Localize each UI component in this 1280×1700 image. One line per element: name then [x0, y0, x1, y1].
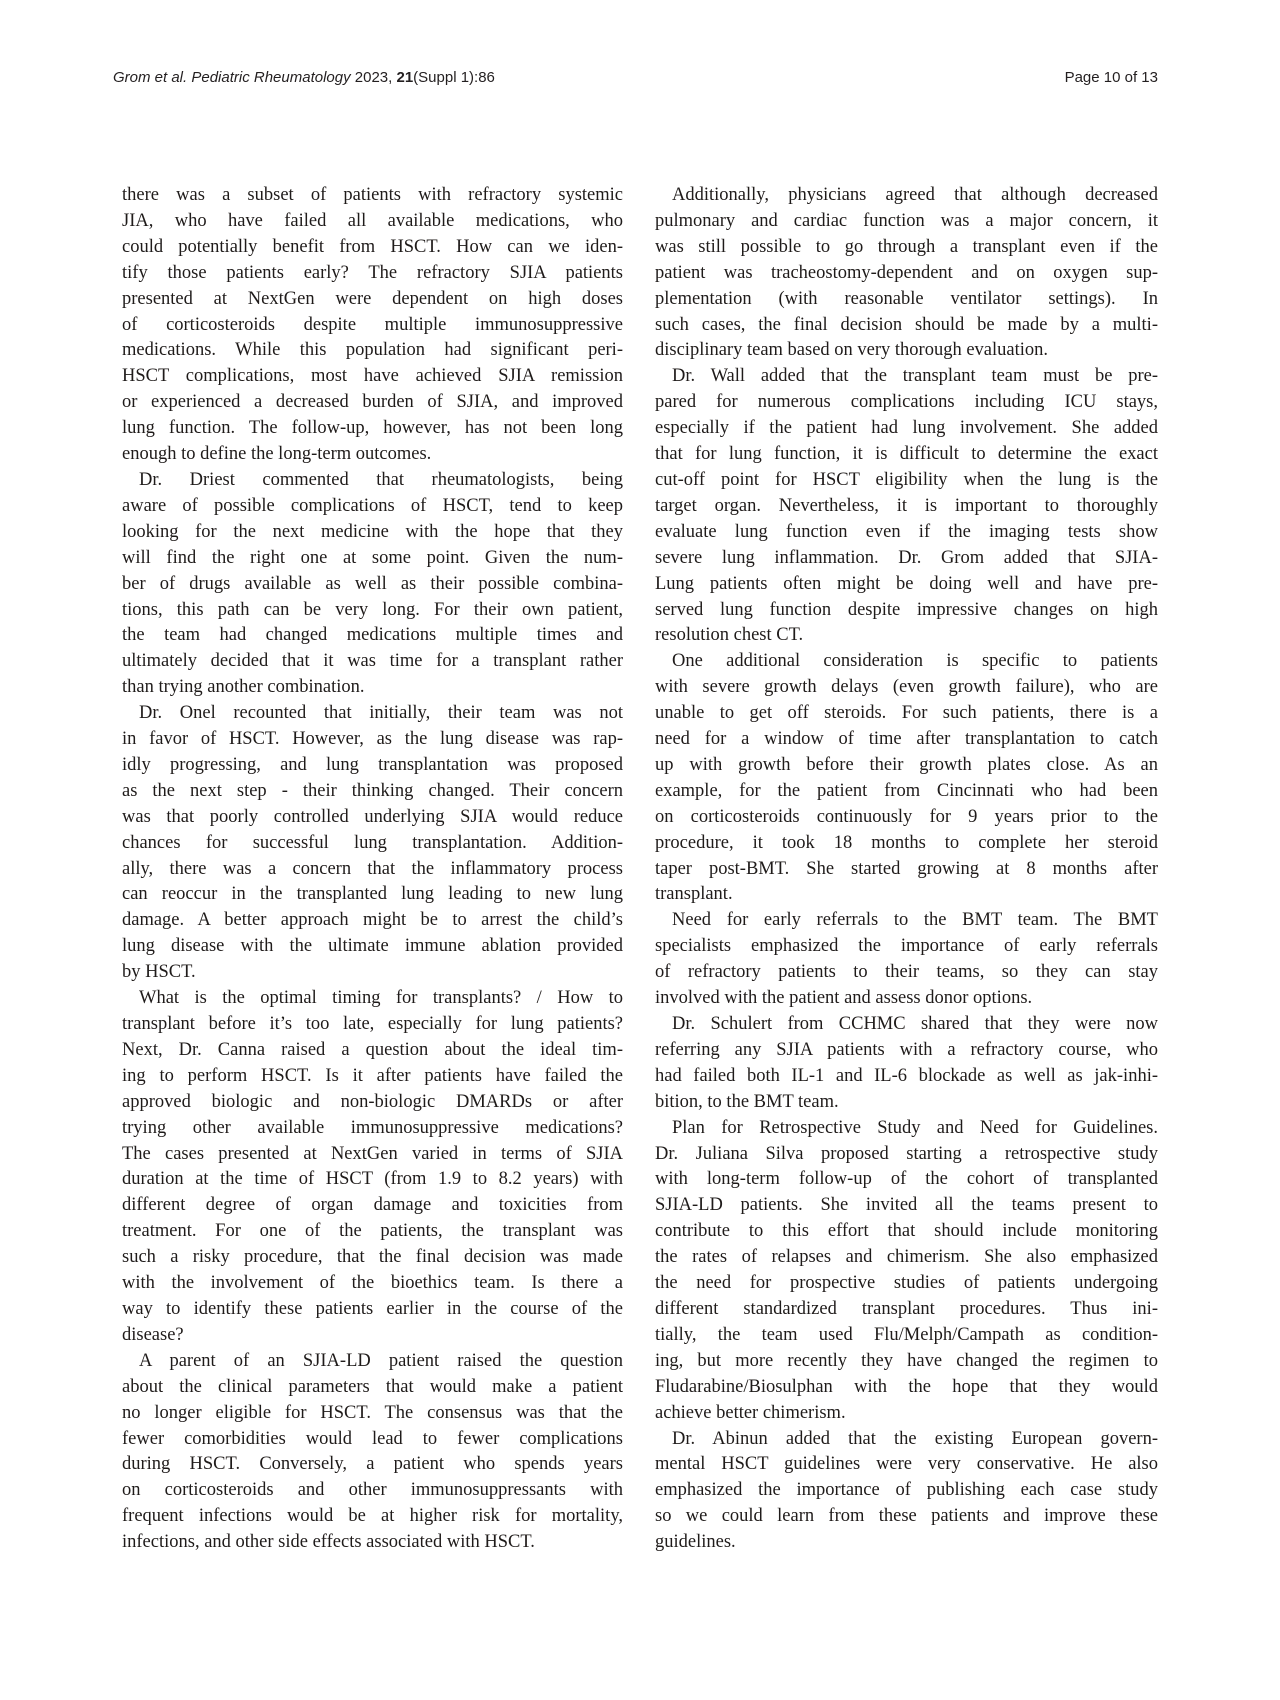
text-line: presented at NextGen were dependent on h… [122, 287, 623, 313]
text-line: lung function. The follow-up, however, h… [122, 416, 623, 442]
text-line: up with growth before their growth plate… [655, 753, 1158, 779]
running-header: Grom et al. Pediatric Rheumatology 2023,… [113, 68, 1158, 88]
text-line: example, for the patient from Cincinnati… [655, 779, 1158, 805]
text-line: involved with the patient and assess don… [655, 986, 1158, 1012]
text-line: such a risky procedure, that the final d… [122, 1245, 623, 1271]
text-line: transplant. [655, 882, 1158, 908]
text-line: enough to define the long-term outcomes. [122, 442, 623, 468]
text-line: bition, to the BMT team. [655, 1090, 1158, 1116]
text-line: that for lung function, it is difficult … [655, 442, 1158, 468]
text-line: unable to get off steroids. For such pat… [655, 701, 1158, 727]
text-line: SJIA-LD patients. She invited all the te… [655, 1193, 1158, 1219]
text-line: chances for successful lung transplantat… [122, 831, 623, 857]
text-line: pared for numerous complications includi… [655, 390, 1158, 416]
text-line: of corticosteroids despite multiple immu… [122, 313, 623, 339]
text-line: The cases presented at NextGen varied in… [122, 1142, 623, 1168]
text-line: target organ. Nevertheless, it is import… [655, 494, 1158, 520]
text-line: was still possible to go through a trans… [655, 235, 1158, 261]
paragraph: What is the optimal timing for transplan… [122, 986, 623, 1349]
text-line: ultimately decided that it was time for … [122, 649, 623, 675]
text-line: approved biologic and non-biologic DMARD… [122, 1090, 623, 1116]
citation-year: 2023, [351, 69, 397, 86]
text-line: or experienced a decreased burden of SJI… [122, 390, 623, 416]
text-line: looking for the next medicine with the h… [122, 520, 623, 546]
text-line: Dr. Juliana Silva proposed starting a re… [655, 1142, 1158, 1168]
citation-authors-journal: Grom et al. Pediatric Rheumatology [113, 69, 351, 86]
text-line: by HSCT. [122, 960, 623, 986]
text-line: Dr. Schulert from CCHMC shared that they… [655, 1012, 1158, 1038]
text-line: idly progressing, and lung transplantati… [122, 753, 623, 779]
page-number: Page 10 of 13 [1065, 68, 1158, 88]
paragraph: Dr. Abinun added that the existing Europ… [655, 1427, 1158, 1557]
paragraph: Dr. Schulert from CCHMC shared that they… [655, 1012, 1158, 1116]
text-line: A parent of an SJIA-LD patient raised th… [122, 1349, 623, 1375]
text-line: severe lung inflammation. Dr. Grom added… [655, 546, 1158, 572]
paragraph: A parent of an SJIA-LD patient raised th… [122, 1349, 623, 1556]
text-line: Dr. Onel recounted that initially, their… [122, 701, 623, 727]
text-line: such cases, the final decision should be… [655, 313, 1158, 339]
text-line: JIA, who have failed all available medic… [122, 209, 623, 235]
paragraph: Dr. Onel recounted that initially, their… [122, 701, 623, 986]
text-line: need for a window of time after transpla… [655, 727, 1158, 753]
text-line: achieve better chimerism. [655, 1401, 1158, 1427]
paragraph: there was a subset of patients with refr… [122, 183, 623, 468]
text-line: Dr. Driest commented that rheumatologist… [122, 468, 623, 494]
text-line: so we could learn from these patients an… [655, 1504, 1158, 1530]
text-line: trying other available immunosuppressive… [122, 1116, 623, 1142]
text-line: emphasized the importance of publishing … [655, 1478, 1158, 1504]
text-line: Need for early referrals to the BMT team… [655, 908, 1158, 934]
text-line: tions, this path can be very long. For t… [122, 598, 623, 624]
text-line: than trying another combination. [122, 675, 623, 701]
right-column: Additionally, physicians agreed that alt… [655, 183, 1158, 1556]
text-line: Lung patients often might be doing well … [655, 572, 1158, 598]
text-line: mental HSCT guidelines were very conserv… [655, 1452, 1158, 1478]
text-line: during HSCT. Conversely, a patient who s… [122, 1452, 623, 1478]
text-line: guidelines. [655, 1530, 1158, 1556]
citation-issue: (Suppl 1):86 [413, 69, 495, 86]
paragraph: Need for early referrals to the BMT team… [655, 908, 1158, 1012]
text-line: with severe growth delays (even growth f… [655, 675, 1158, 701]
text-line: the rates of relapses and chimerism. She… [655, 1245, 1158, 1271]
text-line: infections, and other side effects assoc… [122, 1530, 623, 1556]
text-line: with long-term follow-up of the cohort o… [655, 1167, 1158, 1193]
text-line: will find the right one at some point. G… [122, 546, 623, 572]
text-line: ing, but more recently they have changed… [655, 1349, 1158, 1375]
text-line: of refractory patients to their teams, s… [655, 960, 1158, 986]
left-column: there was a subset of patients with refr… [122, 183, 623, 1556]
text-line: patient was tracheostomy-dependent and o… [655, 261, 1158, 287]
text-line: HSCT complications, most have achieved S… [122, 364, 623, 390]
text-line: no longer eligible for HSCT. The consens… [122, 1401, 623, 1427]
text-line: procedure, it took 18 months to complete… [655, 831, 1158, 857]
paragraph: Plan for Retrospective Study and Need fo… [655, 1116, 1158, 1427]
paper-page: { "header": { "citation_italic": "Grom e… [0, 0, 1280, 1700]
citation-volume: 21 [396, 69, 413, 86]
text-line: on corticosteroids and other immunosuppr… [122, 1478, 623, 1504]
text-line: way to identify these patients earlier i… [122, 1297, 623, 1323]
text-line: with the involvement of the bioethics te… [122, 1271, 623, 1297]
text-line: different standardized transplant proced… [655, 1297, 1158, 1323]
text-line: different degree of organ damage and tox… [122, 1193, 623, 1219]
text-line: cut-off point for HSCT eligibility when … [655, 468, 1158, 494]
text-line: disciplinary team based on very thorough… [655, 338, 1158, 364]
text-line: What is the optimal timing for transplan… [122, 986, 623, 1012]
text-line: especially if the patient had lung invol… [655, 416, 1158, 442]
text-line: resolution chest CT. [655, 623, 1158, 649]
text-line: tify those patients early? The refractor… [122, 261, 623, 287]
text-line: evaluate lung function even if the imagi… [655, 520, 1158, 546]
text-line: could potentially benefit from HSCT. How… [122, 235, 623, 261]
text-line: One additional consideration is specific… [655, 649, 1158, 675]
text-line: frequent infections would be at higher r… [122, 1504, 623, 1530]
text-line: fewer comorbidities would lead to fewer … [122, 1427, 623, 1453]
paragraph: Additionally, physicians agreed that alt… [655, 183, 1158, 364]
text-line: aware of possible complications of HSCT,… [122, 494, 623, 520]
text-line: damage. A better approach might be to ar… [122, 908, 623, 934]
text-line: can reoccur in the transplanted lung lea… [122, 882, 623, 908]
text-line: medications. While this population had s… [122, 338, 623, 364]
text-line: served lung function despite impressive … [655, 598, 1158, 624]
text-line: tially, the team used Flu/Melph/Campath … [655, 1323, 1158, 1349]
paragraph: One additional consideration is specific… [655, 649, 1158, 908]
text-line: taper post-BMT. She started growing at 8… [655, 857, 1158, 883]
text-line: Additionally, physicians agreed that alt… [655, 183, 1158, 209]
paragraph: Dr. Wall added that the transplant team … [655, 364, 1158, 649]
text-line: treatment. For one of the patients, the … [122, 1219, 623, 1245]
text-line: ally, there was a concern that the infla… [122, 857, 623, 883]
text-line: there was a subset of patients with refr… [122, 183, 623, 209]
text-line: plementation (with reasonable ventilator… [655, 287, 1158, 313]
text-line: lung disease with the ultimate immune ab… [122, 934, 623, 960]
text-line: ber of drugs available as well as their … [122, 572, 623, 598]
text-line: in favor of HSCT. However, as the lung d… [122, 727, 623, 753]
text-line: contribute to this effort that should in… [655, 1219, 1158, 1245]
text-line: Plan for Retrospective Study and Need fo… [655, 1116, 1158, 1142]
text-line: pulmonary and cardiac function was a maj… [655, 209, 1158, 235]
text-line: had failed both IL-1 and IL-6 blockade a… [655, 1064, 1158, 1090]
text-line: on corticosteroids continuously for 9 ye… [655, 805, 1158, 831]
text-line: Dr. Wall added that the transplant team … [655, 364, 1158, 390]
text-line: Dr. Abinun added that the existing Europ… [655, 1427, 1158, 1453]
text-line: duration at the time of HSCT (from 1.9 t… [122, 1167, 623, 1193]
text-line: disease? [122, 1323, 623, 1349]
text-line: was that poorly controlled underlying SJ… [122, 805, 623, 831]
text-line: the need for prospective studies of pati… [655, 1271, 1158, 1297]
text-line: the team had changed medications multipl… [122, 623, 623, 649]
text-line: transplant before it’s too late, especia… [122, 1012, 623, 1038]
paragraph: Dr. Driest commented that rheumatologist… [122, 468, 623, 701]
text-line: specialists emphasized the importance of… [655, 934, 1158, 960]
text-line: as the next step - their thinking change… [122, 779, 623, 805]
text-line: ing to perform HSCT. Is it after patient… [122, 1064, 623, 1090]
text-line: Fludarabine/Biosulphan with the hope tha… [655, 1375, 1158, 1401]
text-line: Next, Dr. Canna raised a question about … [122, 1038, 623, 1064]
text-line: about the clinical parameters that would… [122, 1375, 623, 1401]
citation: Grom et al. Pediatric Rheumatology 2023,… [113, 68, 495, 88]
text-line: referring any SJIA patients with a refra… [655, 1038, 1158, 1064]
